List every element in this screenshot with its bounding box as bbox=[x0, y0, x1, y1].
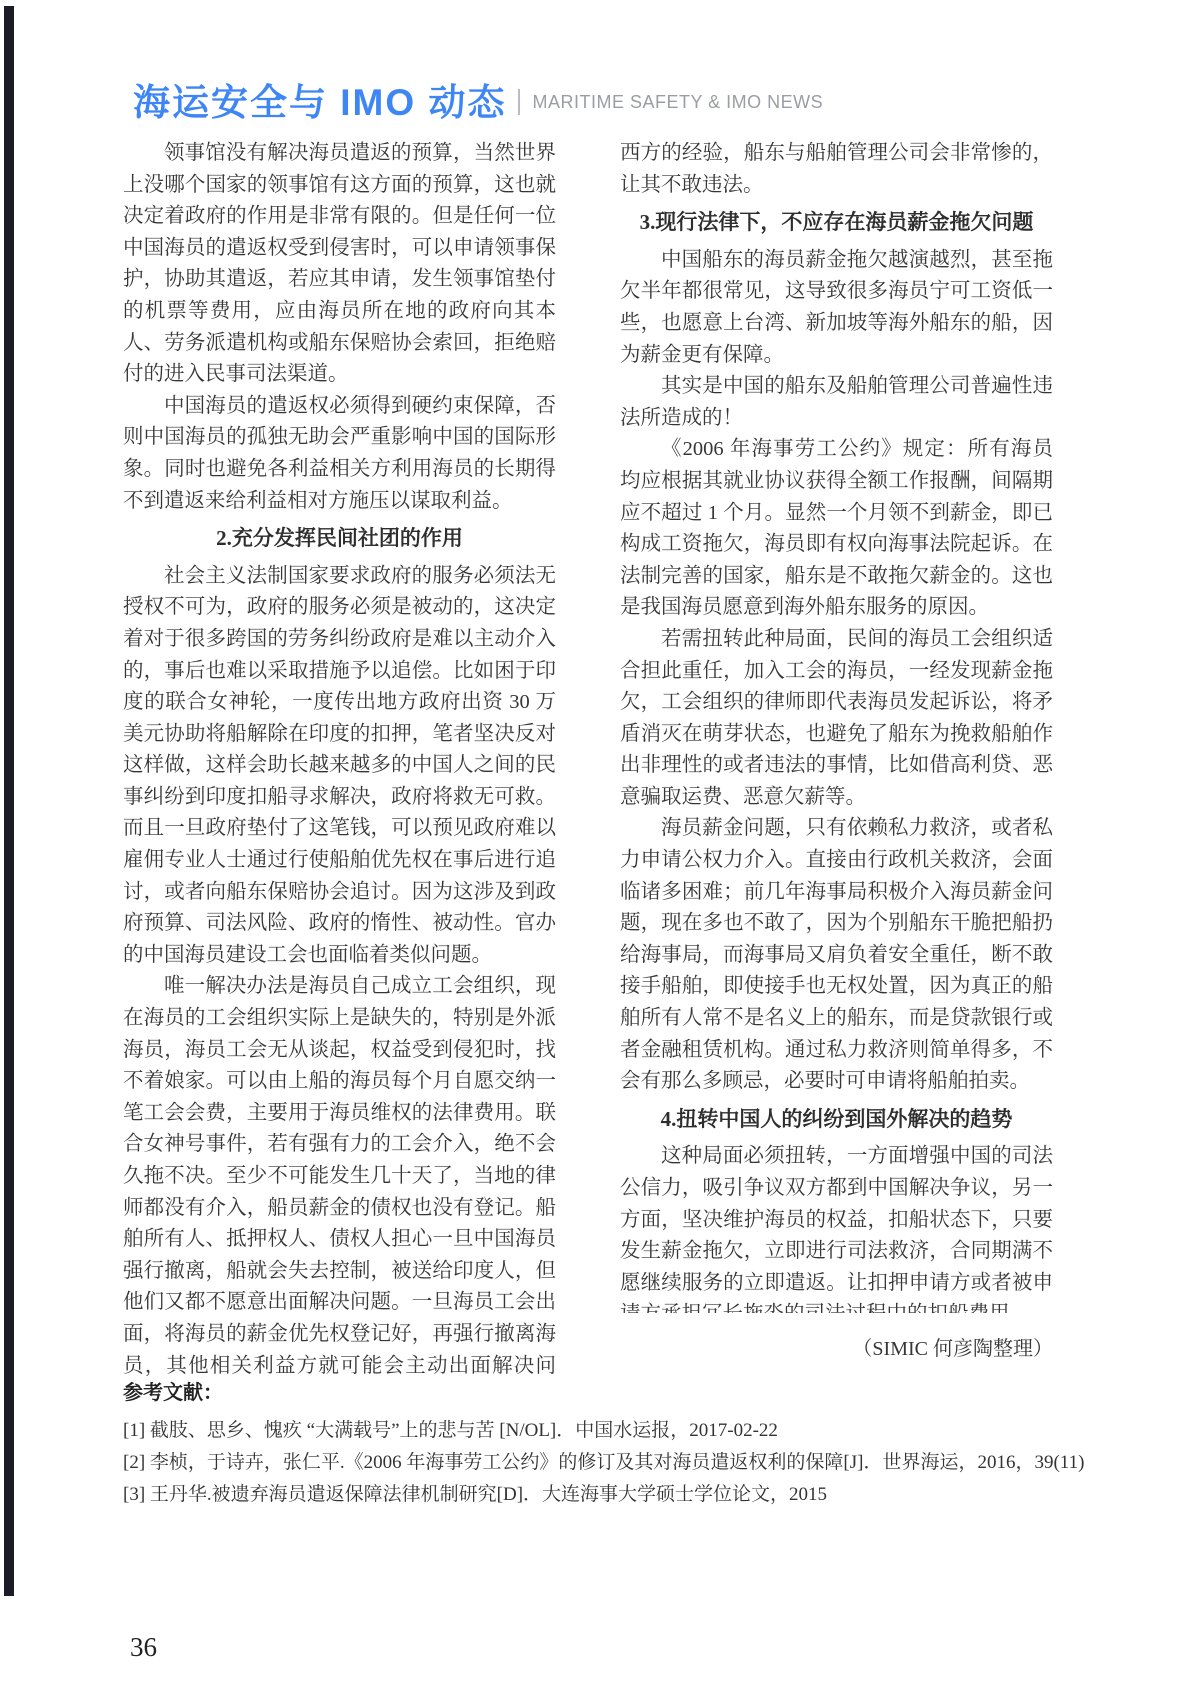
paragraph: 领事馆没有解决海员遣返的预算，当然世界上没哪个国家的领事馆有这方面的预算，这也就… bbox=[123, 138, 556, 391]
paragraph: 《2006 年海事劳工公约》规定：所有海员均应根据其就业协议获得全额工作报酬，间… bbox=[620, 434, 1053, 624]
section-heading: 4.扭转中国人的纠纷到国外解决的趋势 bbox=[620, 1104, 1053, 1136]
attribution: （SIMIC 何彦陶整理） bbox=[620, 1332, 1053, 1361]
section-heading: 2.充分发挥民间社团的作用 bbox=[123, 523, 556, 555]
references-section: 参考文献： [1] 截肢、思乡、愧疚 “大满载号”上的悲与苦 [N/OL]．中国… bbox=[123, 1376, 1088, 1511]
paragraph: 若需扭转此种局面，民间的海员工会组织适合担此重任，加入工会的海员，一经发现薪金拖… bbox=[620, 624, 1053, 814]
paragraph: 西方的经验，船东与船舶管理公司会非常惨的，让其不敢违法。 bbox=[620, 138, 1053, 201]
left-edge-scan-line bbox=[4, 6, 14, 1596]
reference-item: [1] 截肢、思乡、愧疚 “大满载号”上的悲与苦 [N/OL]．中国水运报，20… bbox=[123, 1415, 1088, 1447]
reference-item: [2] 李桢，于诗卉，张仁平.《2006 年海事劳工公约》的修订及其对海员遣返权… bbox=[123, 1447, 1088, 1479]
article-right-column: 西方的经验，船东与船舶管理公司会非常惨的，让其不敢违法。3.现行法律下，不应存在… bbox=[620, 138, 1053, 1313]
reference-item: [3] 王丹华.被遗弃海员遣返保障法律机制研究[D]．大连海事大学硕士学位论文，… bbox=[123, 1479, 1088, 1511]
section-heading: 3.现行法律下，不应存在海员薪金拖欠问题 bbox=[620, 207, 1053, 239]
references-list: [1] 截肢、思乡、愧疚 “大满载号”上的悲与苦 [N/OL]．中国水运报，20… bbox=[123, 1415, 1088, 1511]
section-title-english: MARITIME SAFETY & IMO NEWS bbox=[532, 92, 823, 113]
article-left-column: 领事馆没有解决海员遣返的预算，当然世界上没哪个国家的领事馆有这方面的预算，这也就… bbox=[123, 138, 556, 1376]
paragraph: 其实是中国的船东及船舶管理公司普遍性违法所造成的！ bbox=[620, 371, 1053, 434]
paragraph: 唯一解决办法是海员自己成立工会组织，现在海员的工会组织实际上是缺失的，特别是外派… bbox=[123, 971, 556, 1376]
header-divider bbox=[518, 89, 520, 115]
paragraph: 社会主义法制国家要求政府的服务必须法无授权不可为，政府的服务必须是被动的，这决定… bbox=[123, 561, 556, 972]
references-heading: 参考文献： bbox=[123, 1376, 1088, 1405]
page-number: 36 bbox=[130, 1632, 157, 1663]
magazine-page: 海运安全与 IMO 动态 MARITIME SAFETY & IMO NEWS … bbox=[0, 0, 1200, 1707]
paragraph: 海员薪金问题，只有依赖私力救济，或者私力申请公权力介入。直接由行政机关救济，会面… bbox=[620, 813, 1053, 1097]
section-title-chinese: 海运安全与 IMO 动态 bbox=[133, 72, 506, 126]
paragraph: 中国船东的海员薪金拖欠越演越烈，甚至拖欠半年都很常见，这导致很多海员宁可工资低一… bbox=[620, 245, 1053, 371]
section-header: 海运安全与 IMO 动态 MARITIME SAFETY & IMO NEWS bbox=[133, 72, 823, 126]
paragraph: 这种局面必须扭转，一方面增强中国的司法公信力，吸引争议双方都到中国解决争议，另一… bbox=[620, 1141, 1053, 1313]
paragraph: 中国海员的遣返权必须得到硬约束保障，否则中国海员的孤独无助会严重影响中国的国际形… bbox=[123, 391, 556, 517]
